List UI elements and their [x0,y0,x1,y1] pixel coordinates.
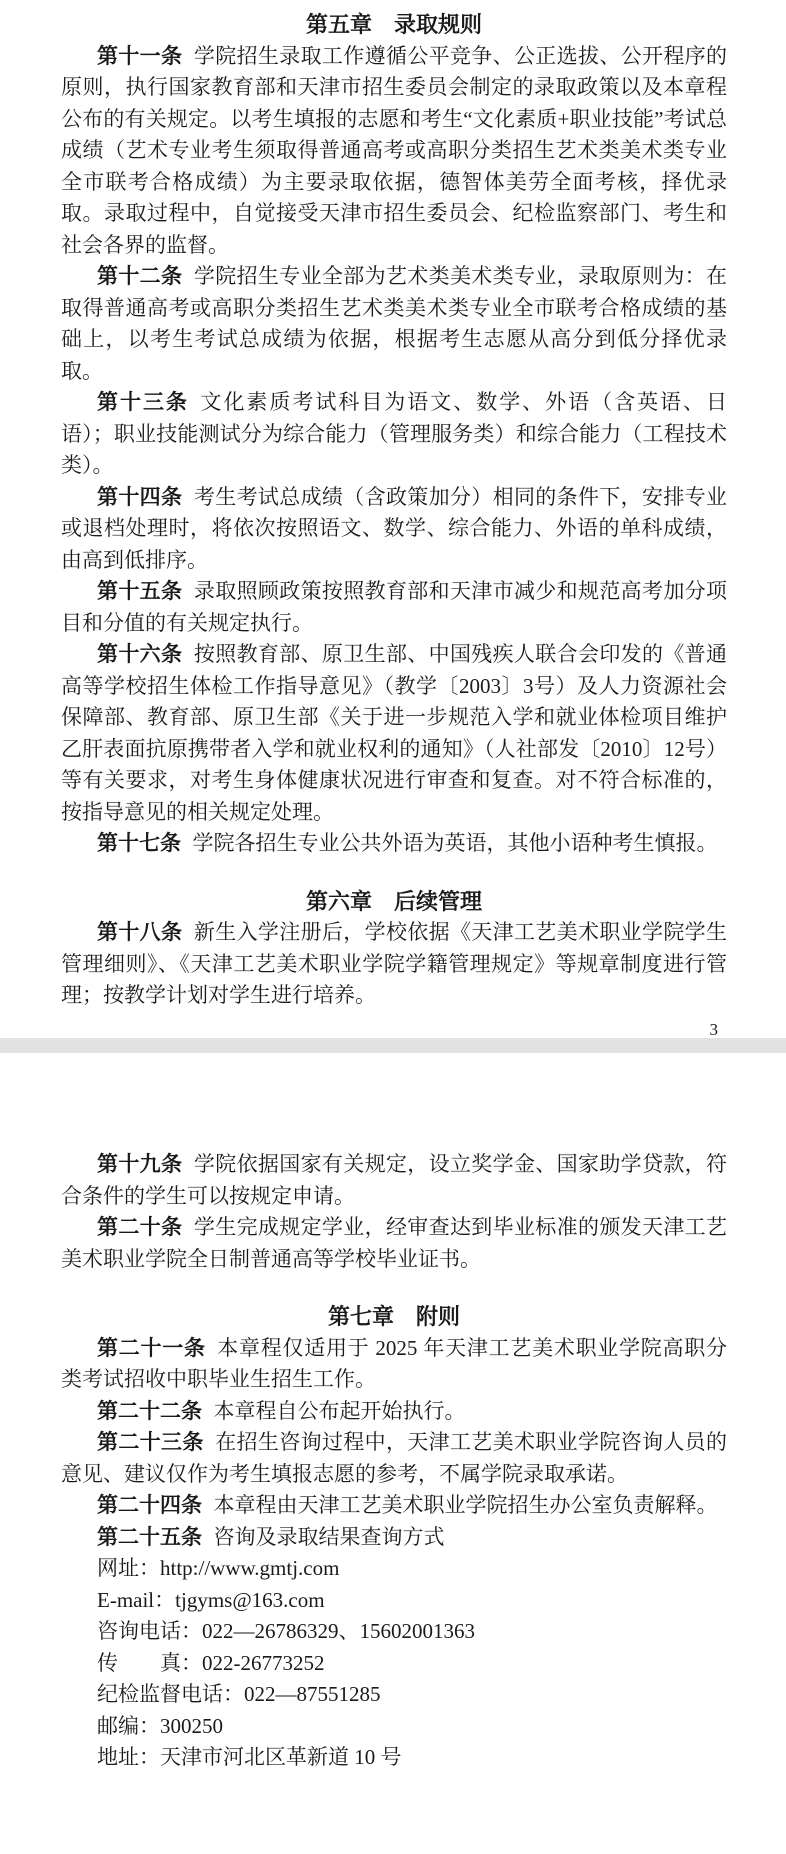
article-lead: 第二十一条 [97,1336,206,1360]
page-separator [0,1038,786,1053]
article-18: 第十八条新生入学注册后，学校依据《天津工艺美术职业学院学生管理细则》、《天津工艺… [61,917,727,1012]
article-lead: 第十九条 [97,1152,182,1176]
article-lead: 第二十四条 [97,1493,202,1517]
article-24: 第二十四条本章程由天津工艺美术职业学院招生办公室负责解释。 [61,1490,727,1522]
article-lead: 第二十二条 [97,1399,202,1423]
article-22: 第二十二条本章程自公布起开始执行。 [61,1396,727,1428]
article-lead: 第十五条 [97,579,182,603]
article-body: 本章程自公布起开始执行。 [214,1399,466,1423]
article-23: 第二十三条在招生咨询过程中，天津工艺美术职业学院咨询人员的意见、建议仅作为考生填… [61,1427,727,1490]
article-14: 第十四条考生考试总成绩（含政策加分）相同的条件下，安排专业或退档处理时，将依次按… [61,482,727,577]
contact-line-fax: 传 真：022-26773252 [61,1648,727,1680]
article-21: 第二十一条本章程仅适用于 2025 年天津工艺美术职业学院高职分类考试招收中职毕… [61,1333,727,1396]
contact-line-address: 地址：天津市河北区革新道 10 号 [61,1742,727,1774]
page-3: 第五章 录取规则 第十一条学院招生录取工作遵循公平竞争、公正选拔、公开程序的原则… [0,0,786,1038]
article-13: 第十三条文化素质考试科目为语文、数学、外语（含英语、日语）；职业技能测试分为综合… [61,387,727,482]
article-16: 第十六条按照教育部、原卫生部、中国残疾人联合会印发的《普通高等学校招生体检工作指… [61,639,727,828]
article-lead: 第十八条 [97,920,182,944]
article-lead: 第十二条 [97,264,182,288]
article-17: 第十七条学院各招生专业公共外语为英语，其他小语种考生慎报。 [61,828,727,860]
document-viewer: 第五章 录取规则 第十一条学院招生录取工作遵循公平竞争、公正选拔、公开程序的原则… [0,0,786,1854]
article-lead: 第二十三条 [97,1430,204,1454]
article-lead: 第二十条 [97,1215,182,1239]
article-25: 第二十五条咨询及录取结果查询方式 [61,1522,727,1554]
chapter-7-title: 第七章 附则 [61,1301,727,1333]
article-body: 本章程由天津工艺美术职业学院招生办公室负责解释。 [214,1493,718,1517]
chapter-5-title: 第五章 录取规则 [61,9,727,41]
contact-line-supervision-phone: 纪检监督电话：022—87551285 [61,1679,727,1711]
article-11: 第十一条学院招生录取工作遵循公平竞争、公正选拔、公开程序的原则，执行国家教育部和… [61,41,727,262]
article-lead: 第十一条 [97,44,182,68]
chapter-6-title: 第六章 后续管理 [61,886,727,918]
article-body: 咨询及录取结果查询方式 [214,1525,445,1549]
article-lead: 第十四条 [97,485,182,509]
article-15: 第十五条录取照顾政策按照教育部和天津市减少和规范高考加分项目和分值的有关规定执行… [61,576,727,639]
article-body: 学院各招生专业公共外语为英语，其他小语种考生慎报。 [193,831,718,855]
article-12: 第十二条学院招生专业全部为艺术类美术类专业，录取原则为：在取得普通高考或高职分类… [61,261,727,387]
article-lead: 第二十五条 [97,1525,202,1549]
contact-line-phone: 咨询电话：022—26786329、15602001363 [61,1616,727,1648]
article-20: 第二十条学生完成规定学业，经审查达到毕业标准的颁发天津工艺美术职业学院全日制普通… [61,1212,727,1275]
article-body: 按照教育部、原卫生部、中国残疾人联合会印发的《普通高等学校招生体检工作指导意见》… [61,642,727,824]
article-body: 学院招生录取工作遵循公平竞争、公正选拔、公开程序的原则，执行国家教育部和天津市招… [61,44,727,257]
article-lead: 第十六条 [97,642,182,666]
contact-line-postcode: 邮编：300250 [61,1711,727,1743]
page-4: 第十九条学院依据国家有关规定，设立奖学金、国家助学贷款，符合条件的学生可以按规定… [0,1053,786,1854]
contact-line-website: 网址：http://www.gmtj.com [61,1553,727,1585]
article-19: 第十九条学院依据国家有关规定，设立奖学金、国家助学贷款，符合条件的学生可以按规定… [61,1149,727,1212]
article-lead: 第十七条 [97,831,181,855]
article-lead: 第十三条 [97,390,189,414]
contact-line-email: E-mail：tjgyms@163.com [61,1585,727,1617]
